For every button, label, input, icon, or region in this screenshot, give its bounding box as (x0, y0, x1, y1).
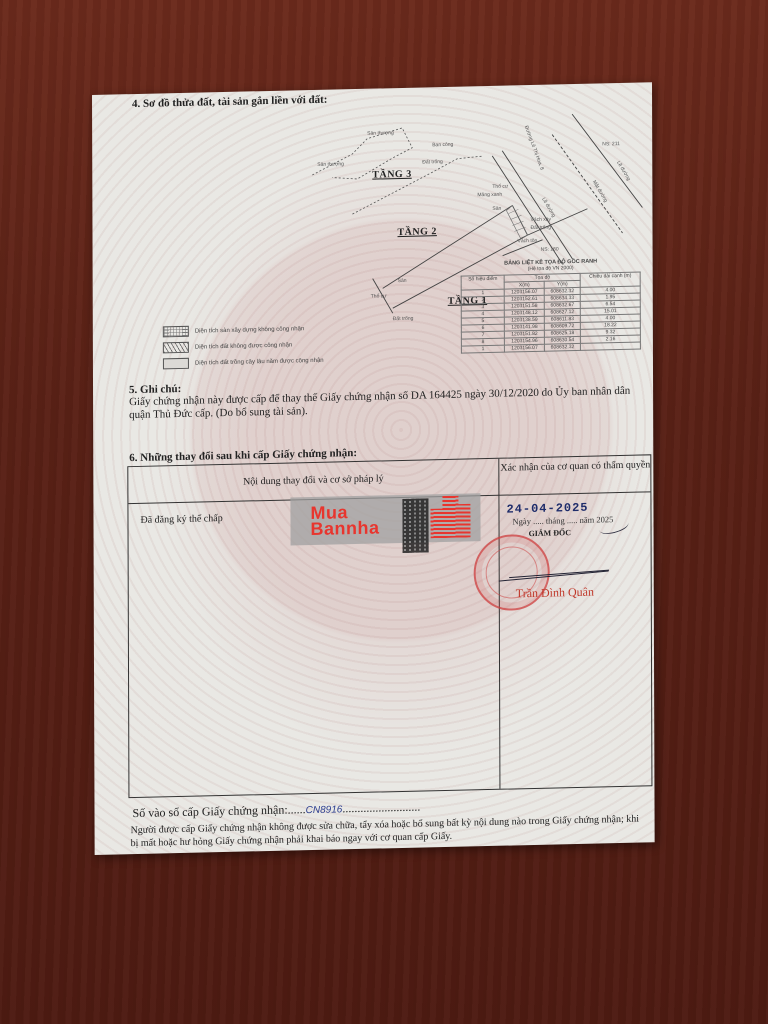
registration-value: CN8916 (306, 804, 343, 816)
diagram-label: Đất trống (393, 316, 414, 322)
header-point: Số hiệu điểm (461, 275, 504, 290)
diagram-label: Đất trống (530, 225, 551, 231)
diagram-label: Sân thượng (317, 161, 344, 168)
diagram-label: NS: 160 (541, 246, 559, 252)
coordinates-body: 11203156.07608632.324.0021203152.6160863… (461, 286, 640, 353)
changes-table: Nội dung thay đổi và cơ sở pháp lý Xác n… (127, 454, 652, 798)
floor-2-label: TẦNG 2 (397, 226, 436, 238)
coordinates-table: Số hiệu điểm Tọa độ Chiều dài cạnh (m) X… (461, 272, 641, 354)
building-icon (430, 495, 470, 538)
legend-label: Diện tích đất trồng cây lâu năm được côn… (195, 357, 324, 366)
coordinate-cell-x: 1203156.07 (505, 344, 545, 352)
plain-pattern-swatch (163, 358, 189, 370)
legend-item: Diện tích đất trồng cây lâu năm được côn… (163, 355, 324, 370)
diagram-label: Vách tôn (518, 238, 538, 244)
coordinate-cell-point: 1 (461, 345, 504, 353)
director-title: GIÁM ĐỐC (529, 528, 571, 538)
diagram-label: Thổ cư (492, 184, 508, 190)
boundary-coordinates-table: BẢNG LIỆT KÊ TỌA ĐỘ GÓC RANH (Hệ tọa độ … (461, 258, 641, 354)
signer-name: Trần Đình Quân (516, 585, 594, 602)
legend-label: Diện tích sàn xây dựng không công nhận (195, 326, 304, 334)
watermark-text: Mua Bannha (310, 503, 379, 537)
authority-confirmation-header: Xác nhận của cơ quan có thẩm quyền (500, 458, 650, 474)
registration-label: Số vào sổ cấp Giấy chứng nhận: (132, 803, 287, 821)
changes-content-header: Nội dung thay đổi và cơ sở pháp lý (128, 471, 498, 490)
diagram-label: Ban công (432, 142, 453, 148)
change-entry: Đã đăng ký thế chấp (140, 513, 222, 526)
column-divider (498, 459, 500, 789)
coordinate-cell-edge (581, 342, 641, 350)
diagram-label: Đất trống (422, 159, 443, 165)
diagram-legend: Diện tích sàn xây dựng không công nhận D… (163, 323, 324, 375)
diagram-label: Sân thượng (367, 130, 394, 137)
watermark-logo: Mua Bannha (290, 493, 480, 545)
legend-label: Diện tích đất không được công nhận (195, 342, 292, 350)
legend-item: Diện tích đất không được công nhận (163, 339, 324, 354)
header-edge: Chiều dài cạnh (m) (580, 272, 640, 287)
diagram-label: Mảng xanh (477, 192, 502, 199)
hatch-pattern-swatch (163, 342, 189, 354)
legend-item: Diện tích sàn xây dựng không công nhận (163, 323, 324, 338)
diagram-label: Sân (492, 206, 501, 212)
notes-text: Giấy chứng nhận này được cấp để thay thế… (129, 385, 639, 423)
watermark-line-2: Bannha (311, 519, 380, 537)
floor-3-label: TẦNG 3 (372, 169, 411, 181)
diagram-label: Vách xây (530, 217, 551, 223)
land-certificate-page: 4. Sơ đồ thửa đất, tài sản gắn liền với … (92, 82, 655, 855)
diagram-label: Sân (398, 278, 407, 284)
qr-code-icon (402, 498, 428, 553)
diagram-label: NS: 211 (602, 141, 620, 147)
grid-pattern-swatch (163, 326, 189, 338)
coordinate-cell-y: 608632.32 (544, 343, 580, 351)
diagram-label: Thổ cư (371, 293, 387, 299)
